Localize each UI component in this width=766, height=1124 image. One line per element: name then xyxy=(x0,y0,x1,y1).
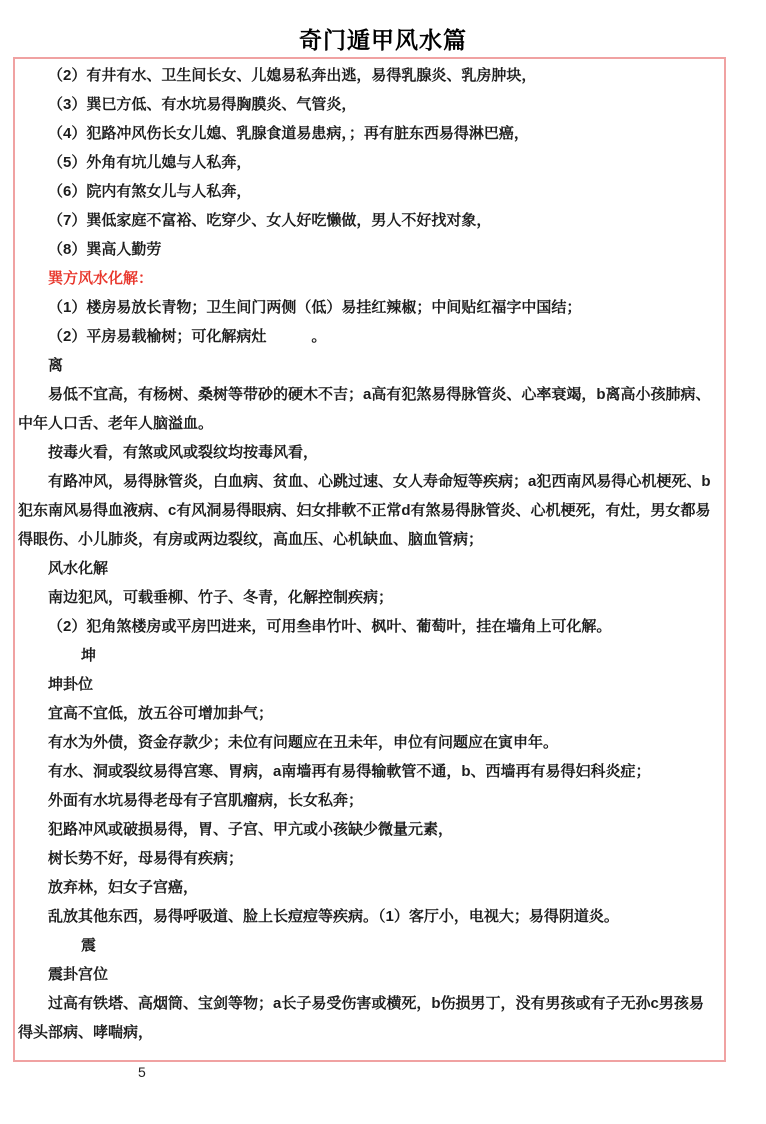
paragraph: （2）犯角煞楼房或平房凹进来，可用叁串竹叶、枫叶、葡萄叶，挂在墙角上可化解。 xyxy=(18,612,718,641)
paragraph: 犯路冲风或破损易得，胃、子宫、甲亢或小孩缺少微量元素， xyxy=(18,815,718,844)
paragraph: 宜高不宜低，放五谷可增加卦气； xyxy=(18,699,718,728)
section-heading-zhen: 震 xyxy=(18,931,718,960)
section-heading-fengshui-huajie: 风水化解 xyxy=(18,554,718,583)
red-section-heading: 巽方风水化解： xyxy=(18,264,718,293)
list-item: （3）巽巳方低、有水坑易得胸膜炎、气管炎， xyxy=(18,90,718,119)
list-item: （5）外角有坑儿媳与人私奔， xyxy=(18,148,718,177)
paragraph: 外面有水坑易得老母有子宫肌瘤病，长女私奔； xyxy=(18,786,718,815)
list-item: （2）有井有水、卫生间长女、儿媳易私奔出逃，易得乳腺炎、乳房肿块， xyxy=(18,61,718,90)
list-item: （1）楼房易放长青物；卫生间门两侧（低）易挂红辣椒；中间贴红福字中国结； xyxy=(18,293,718,322)
list-item: （6）院内有煞女儿与人私奔， xyxy=(18,177,718,206)
page-number: 5 xyxy=(138,1064,146,1080)
paragraph: 有水、洞或裂纹易得宫寒、胃病，a南墙再有易得输軟管不通，b、西墙再有易得妇科炎症… xyxy=(18,757,718,786)
section-heading-zhen-guagongwei: 震卦宫位 xyxy=(18,960,718,989)
paragraph: 乱放其他东西，易得呼吸道、脸上长痘痘等疾病。（1）客厅小，电视大；易得阴道炎。 xyxy=(18,902,718,931)
section-heading-kun-guawei: 坤卦位 xyxy=(18,670,718,699)
paragraph: 按毒火看，有煞或风或裂纹均按毒风看， xyxy=(18,438,718,467)
paragraph: 南边犯风，可载垂柳、竹子、冬青，化解控制疾病； xyxy=(18,583,718,612)
paragraph: 有水为外债，资金存款少；未位有问题应在丑未年，申位有问题应在寅申年。 xyxy=(18,728,718,757)
list-item: （8）巽高人勤劳 xyxy=(18,235,718,264)
paragraph: 树长势不好，母易得有疾病； xyxy=(18,844,718,873)
list-item: （7）巽低家庭不富裕、吃穿少、女人好吃懒做，男人不好找对象， xyxy=(18,206,718,235)
section-heading-kun: 坤 xyxy=(18,641,718,670)
paragraph: 放弃林，妇女子宫癌， xyxy=(18,873,718,902)
paragraph: 过高有铁塔、高烟筒、宝剑等物；a长子易受伤害或横死，b伤损男丁，没有男孩或有子无… xyxy=(18,989,718,1047)
list-item: （2）平房易载榆树；可化解病灶 。 xyxy=(18,322,718,351)
list-item: （4）犯路冲风伤长女儿媳、乳腺食道易患病，；再有脏东西易得淋巴癌， xyxy=(18,119,718,148)
section-heading-li: 离 xyxy=(18,351,718,380)
content-border-frame: （2）有井有水、卫生间长女、儿媳易私奔出逃，易得乳腺炎、乳房肿块， （3）巽巳方… xyxy=(13,57,726,1062)
paragraph: 易低不宜高，有杨树、桑树等带砂的硬木不吉；a高有犯煞易得脉管炎、心率衰竭，b离高… xyxy=(18,380,718,438)
paragraph: 有路冲风，易得脉管炎，白血病、贫血、心跳过速、女人寿命短等疾病；a犯西南风易得心… xyxy=(18,467,718,554)
page-title: 奇门遁甲风水篇 xyxy=(0,22,766,55)
